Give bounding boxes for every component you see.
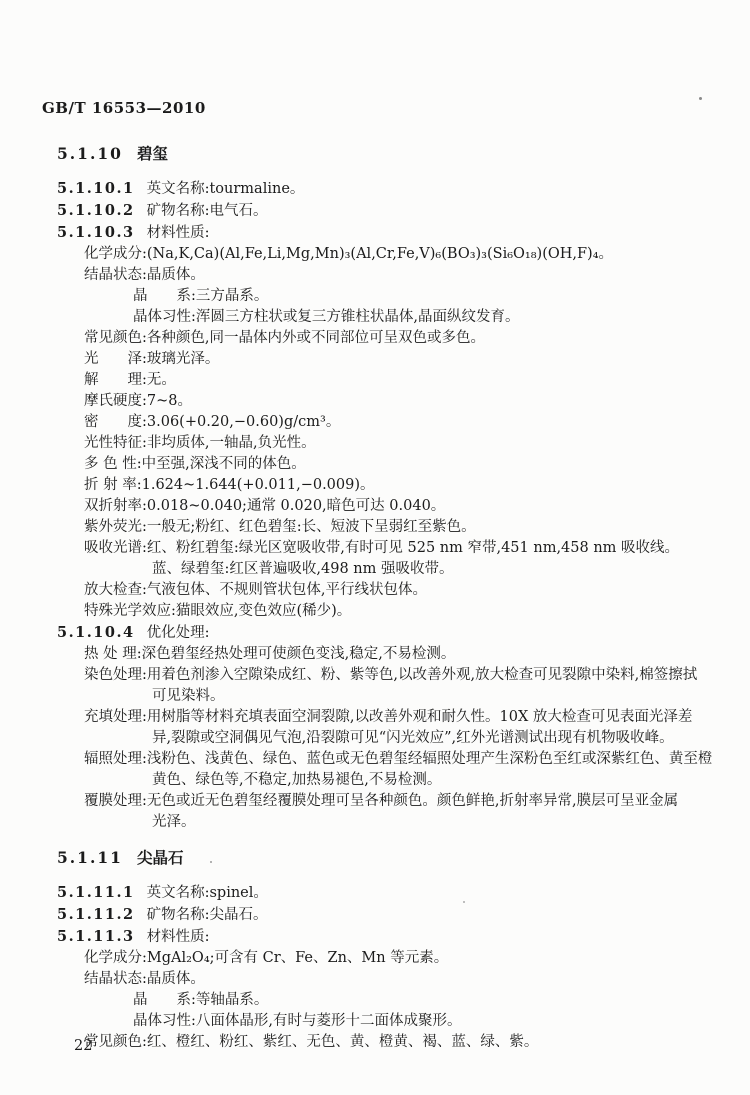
section-heading: 5.1.11尖晶石 [57, 847, 726, 868]
property-line: 特殊光学效应:猫眼效应,变色效应(稀少)。 [84, 601, 726, 622]
clause-number: 5.1.11.2 [57, 906, 135, 923]
document-content: 5.1.10碧玺5.1.10.1英文名称:tourmaline。5.1.10.2… [0, 143, 726, 1053]
clause-number: 5.1.10.1 [57, 180, 135, 197]
page-number: 22 [74, 1038, 92, 1054]
clause-line: 5.1.11.3材料性质: [57, 926, 726, 948]
continuation-line: 黄色、绿色等,不稳定,加热易褪色,不易检测。 [152, 770, 726, 791]
property-line: 化学成分:(Na,K,Ca)(Al,Fe,Li,Mg,Mn)₃(Al,Cr,Fe… [84, 244, 726, 265]
clause-text: 矿物名称:尖晶石。 [147, 907, 268, 923]
sub-property-line: 晶 系:等轴晶系。 [133, 990, 726, 1011]
property-line: 染色处理:用着色剂渗入空隙染成红、粉、紫等色,以改善外观,放大检查可见裂隙中染料… [84, 665, 726, 686]
property-line: 折 射 率:1.624~1.644(+0.011,−0.009)。 [84, 475, 726, 496]
clause-line: 5.1.11.2矿物名称:尖晶石。 [57, 904, 726, 926]
clause-number: 5.1.11.1 [57, 884, 135, 901]
clause-line: 5.1.10.3材料性质: [57, 222, 726, 244]
property-line: 热 处 理:深色碧玺经热处理可使颜色变浅,稳定,不易检测。 [84, 644, 726, 665]
property-line: 结晶状态:晶质体。 [84, 969, 726, 990]
property-line: 光 泽:玻璃光泽。 [84, 349, 726, 370]
section-number: 5.1.11 [57, 848, 123, 867]
property-line: 密 度:3.06(+0.20,−0.60)g/cm³。 [84, 412, 726, 433]
clause-text: 矿物名称:电气石。 [147, 203, 268, 219]
sub-property-line: 晶 系:三方晶系。 [133, 286, 726, 307]
property-line: 辐照处理:浅粉色、浅黄色、绿色、蓝色或无色碧玺经辐照处理产生深粉色至红或深紫红色… [84, 749, 726, 770]
property-line: 常见颜色:红、橙红、粉红、紫红、无色、黄、橙黄、褐、蓝、绿、紫。 [84, 1032, 726, 1053]
property-line: 双折射率:0.018~0.040;通常 0.020,暗色可达 0.040。 [84, 496, 726, 517]
clause-line: 5.1.10.2矿物名称:电气石。 [57, 200, 726, 222]
document-page: GB/T 16553—2010 5.1.10碧玺5.1.10.1英文名称:tou… [0, 0, 750, 1095]
scan-speck [210, 861, 212, 863]
property-line: 充填处理:用树脂等材料充填表面空洞裂隙,以改善外观和耐久性。10X 放大检查可见… [84, 707, 726, 728]
clause-number: 5.1.10.3 [57, 224, 135, 241]
property-line: 摩氏硬度:7~8。 [84, 391, 726, 412]
continuation-line: 蓝、绿碧玺:红区普遍吸收,498 nm 强吸收带。 [152, 559, 726, 580]
property-line: 光性特征:非均质体,一轴晶,负光性。 [84, 433, 726, 454]
section-title: 碧玺 [137, 144, 168, 163]
clause-line: 5.1.10.1英文名称:tourmaline。 [57, 178, 726, 200]
standard-number-header: GB/T 16553—2010 [42, 99, 206, 117]
continuation-line: 光泽。 [152, 812, 726, 833]
section-number: 5.1.10 [57, 144, 123, 163]
sub-property-line: 晶体习性:八面体晶形,有时与菱形十二面体成聚形。 [133, 1011, 726, 1032]
property-line: 多 色 性:中至强,深浅不同的体色。 [84, 454, 726, 475]
property-line: 覆膜处理:无色或近无色碧玺经覆膜处理可呈各种颜色。颜色鲜艳,折射率异常,膜层可呈… [84, 791, 726, 812]
property-line: 化学成分:MgAl₂O₄;可含有 Cr、Fe、Zn、Mn 等元素。 [84, 948, 726, 969]
clause-text: 英文名称:tourmaline。 [147, 181, 305, 197]
property-line: 放大检查:气液包体、不规则管状包体,平行线状包体。 [84, 580, 726, 601]
scan-speck [699, 97, 702, 100]
clause-line: 5.1.11.1英文名称:spinel。 [57, 882, 726, 904]
property-line: 结晶状态:晶质体。 [84, 265, 726, 286]
clause-line: 5.1.10.4优化处理: [57, 622, 726, 644]
section-heading: 5.1.10碧玺 [57, 143, 726, 164]
clause-text: 优化处理: [147, 625, 210, 641]
continuation-line: 异,裂隙或空洞偶见气泡,沿裂隙可见“闪光效应”,红外光谱测试出现有机物吸收峰。 [152, 728, 726, 749]
clause-text: 材料性质: [147, 225, 210, 241]
sub-property-line: 晶体习性:浑圆三方柱状或复三方锥柱状晶体,晶面纵纹发育。 [133, 307, 726, 328]
continuation-line: 可见染料。 [152, 686, 726, 707]
property-line: 常见颜色:各种颜色,同一晶体内外或不同部位可呈双色或多色。 [84, 328, 726, 349]
clause-text: 材料性质: [147, 929, 210, 945]
section-title: 尖晶石 [137, 848, 184, 867]
scan-speck [463, 901, 465, 903]
property-line: 紫外荧光:一般无;粉红、红色碧玺:长、短波下呈弱红至紫色。 [84, 517, 726, 538]
clause-number: 5.1.10.4 [57, 624, 135, 641]
property-line: 吸收光谱:红、粉红碧玺:绿光区宽吸收带,有时可见 525 nm 窄带,451 n… [84, 538, 726, 559]
clause-number: 5.1.11.3 [57, 928, 135, 945]
property-line: 解 理:无。 [84, 370, 726, 391]
clause-number: 5.1.10.2 [57, 202, 135, 219]
clause-text: 英文名称:spinel。 [147, 885, 268, 901]
